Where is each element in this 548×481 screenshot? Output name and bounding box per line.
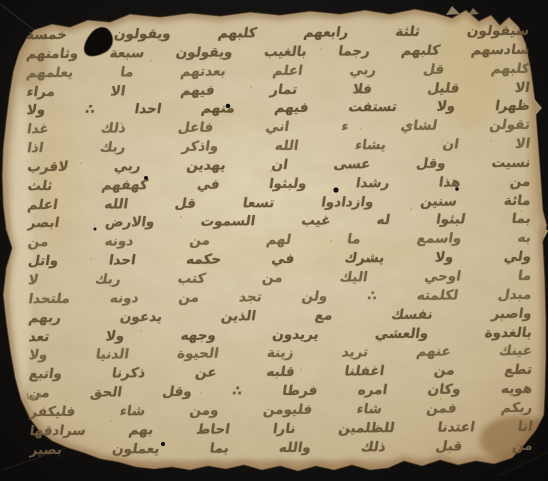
ochre-dot [90,258,92,260]
ochre-dot [320,48,322,50]
ochre-dot [410,208,412,210]
ochre-dot [330,240,332,242]
manuscript-text-block: سيقولون ثلثة رابعهم كلبهم ويقولون خمسةسا… [26,22,533,462]
ochre-dot [240,296,242,298]
ochre-dot [440,398,442,400]
ochre-dot [110,420,112,422]
ochre-dot [460,266,462,268]
ochre-dot [500,320,502,322]
ochre-dot [250,86,252,88]
manuscript-photograph: سيقولون ثلثة رابعهم كلبهم ويقولون خمسةسا… [0,0,548,481]
ochre-dot [430,92,432,94]
ochre-dot [80,162,82,164]
ochre-dot [300,368,302,370]
ochre-dot [520,210,522,212]
ochre-dot [200,392,202,394]
ochre-dot [270,170,272,172]
ochre-dot [140,330,142,332]
ochre-dot [360,128,362,130]
text-line: من قبل ذلك والله بما يعملون بصير [28,436,534,459]
ochre-dot [180,216,182,218]
ochre-dot [150,60,152,62]
ochre-dot [380,334,382,336]
ochre-dot [350,430,352,432]
ochre-dot [490,140,492,142]
ochre-dot [120,122,122,124]
